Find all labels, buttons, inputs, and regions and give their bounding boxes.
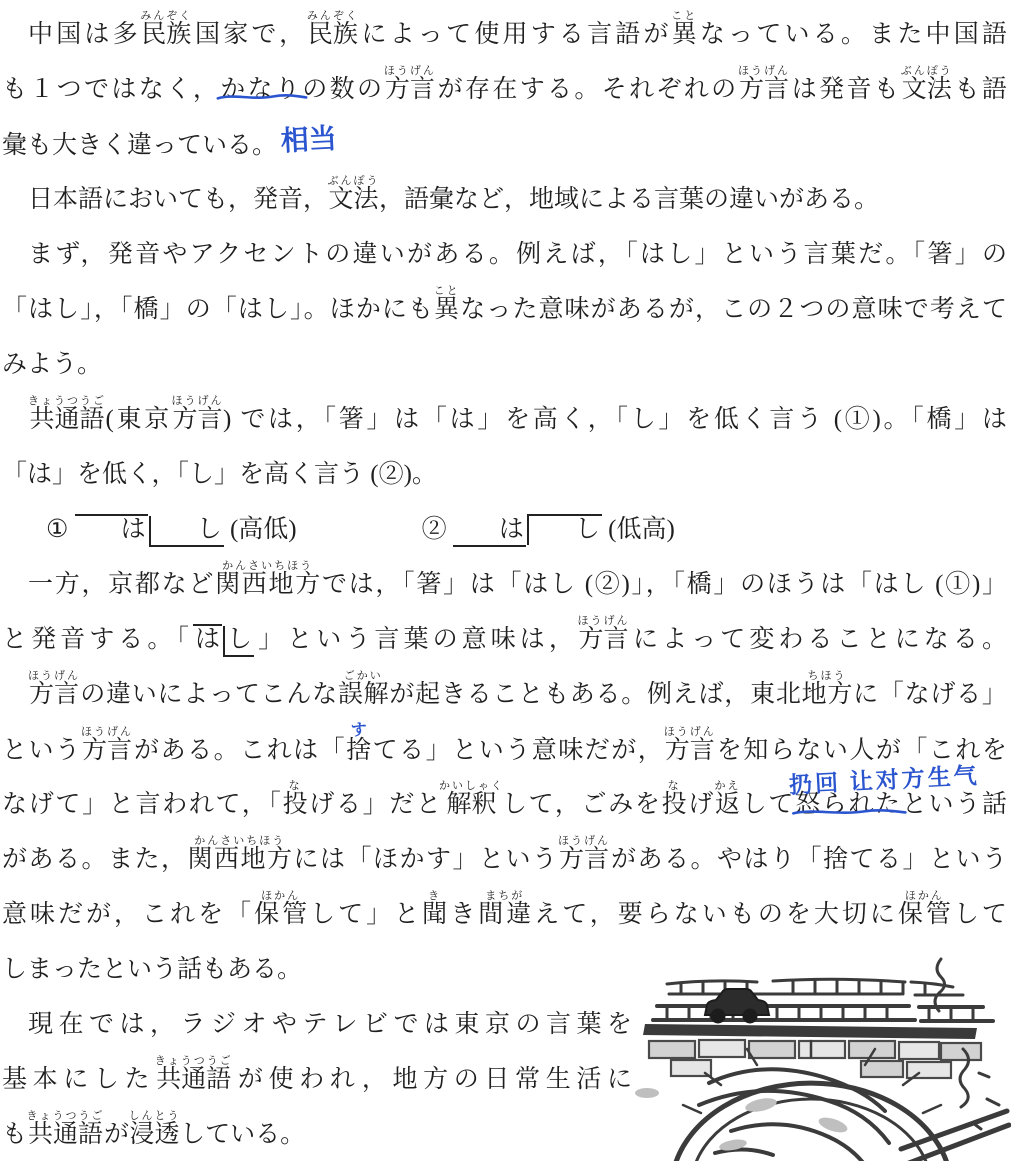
text-run: の違いによってこんな [80, 681, 338, 708]
text-line-16: がある。また，関西地方かんさいちほうには「ほかす」という方言ほうげんがある。やは… [2, 832, 1007, 887]
pitch-char: し [223, 626, 254, 657]
ruby-word: 共通語きょうつうご [27, 1121, 104, 1148]
ruby-word: 間違まちが [478, 901, 534, 928]
furigana: こと [671, 10, 697, 22]
text-run: (高低) ② [224, 516, 453, 543]
text-run: 現在では，ラジオやテレビでは東京の言葉を [28, 1011, 632, 1038]
blue-underlined-text: 怒られた扔回 让对方生气 [795, 791, 902, 818]
furigana: ちほう [802, 670, 853, 682]
text-line-3: 彙も大きく違っている。相当 [2, 117, 1007, 172]
text-run: には「ほかす」という [293, 846, 558, 873]
text-run: 基本にした [2, 1066, 155, 1093]
text-run: 「は」を低く，「し」を高く言う (②)。 [2, 461, 437, 488]
furigana: ぶんぽう [901, 65, 953, 77]
text-run: 国家で， [192, 21, 308, 48]
text-run: まず，発音やアクセントの違いがある。例えば，「はし」という言葉だ。「箸」の [28, 241, 1007, 268]
ruby-word: 誤解ごかい [338, 681, 390, 708]
furigana: きょうつうご [155, 1055, 233, 1067]
blue-underlined-text: かなり [220, 76, 302, 103]
text-line-20: 基本にした共通語きょうつうごが使われ，地方の日常生活に [2, 1052, 632, 1107]
text-line-15: なげて」と言われて，「投なげる」だと解釈かいしゃくして，ごみを投なげ返かえして怒… [2, 777, 1007, 832]
text-line-5: まず，発音やアクセントの違いがある。例えば，「はし」という言葉だ。「箸」の [2, 227, 1007, 282]
text-run: では，「箸」は「はし (②)」，「橋」のほうは「はし (①)」 [322, 571, 1007, 598]
pitch-accent-type-1: はし [193, 626, 254, 653]
text-run: して [954, 901, 1007, 928]
text-run: によって変わることになる。 [629, 626, 1007, 653]
ruby-word: 方言ほうげん [384, 76, 435, 103]
ruby-word: 異こと [672, 21, 697, 48]
ruby-word: 保管ほかん [254, 901, 310, 928]
ruby-word: 方言ほうげん [578, 626, 629, 653]
pitch-char: は [75, 514, 148, 545]
furigana: ほうげん [172, 395, 224, 407]
furigana: な [662, 780, 687, 792]
text-line-10: ① はし (高低) ② はし (低高) [2, 502, 1007, 557]
ruby-word: 方言ほうげん [738, 76, 789, 103]
text-run: 意味だが，これを「 [2, 901, 254, 928]
pitch-char: は [193, 624, 222, 655]
text-line-7: みよう。 [2, 337, 1007, 392]
ruby-word: 方言ほうげん [664, 737, 715, 764]
bridge-illustration [611, 953, 1011, 1161]
ruby-word: 方言ほうげん [558, 846, 609, 873]
furigana: ほうげん [738, 65, 790, 77]
ruby-word: 文法ぶんぽう [901, 76, 952, 103]
ruby-word-handwritten: 捨す [346, 737, 373, 764]
ruby-word: 方言ほうげん [82, 737, 133, 764]
furigana: ほうげん [384, 65, 436, 77]
text-run: によって使用する言語が [358, 21, 671, 48]
text-run: がある。これは「 [133, 737, 347, 764]
furigana: ごかい [338, 670, 389, 682]
ruby-word: 解釈かいしゃく [443, 791, 501, 818]
text-line-19: 現在では，ラジオやテレビでは東京の言葉を [2, 997, 632, 1052]
text-run: と発音する。「 [2, 626, 193, 653]
text-run: 」という言葉の意味は， [254, 626, 578, 653]
text-run: き [450, 901, 478, 928]
pitch-accent-type-2: はし [453, 516, 602, 543]
ruby-word: 民族みんぞく [141, 21, 192, 48]
ruby-word: 方言ほうげん [172, 406, 223, 433]
furigana: ほうげん [577, 615, 629, 627]
text-run: 彙も大きく違っている。 [2, 132, 277, 159]
furigana: ほかん [254, 890, 307, 902]
text-run: が存在する。それぞれの [435, 76, 738, 103]
ruby-word: 地方ちほう [802, 681, 854, 708]
text-run: も [2, 1121, 27, 1148]
text-run: (低高) [602, 516, 675, 543]
furigana: かんさいちほう [187, 835, 292, 847]
text-run: という話 [902, 791, 1007, 818]
bridge-bricks [649, 1040, 981, 1078]
text-line-8: 共通語きょうつうご(東京方言ほうげん) では，「箸」は「は」を高く，「し」を低く… [2, 392, 1007, 447]
hand-underline [791, 806, 908, 817]
text-run: ) では，「箸」は「は」を高く，「し」を低く言う (①)。「橋」は [223, 406, 1007, 433]
text-line-1: 中国は多民族みんぞく国家で，民族みんぞくによって使用する言語が異ことなっている。… [2, 7, 1007, 62]
text-run: を知らない人が「これを [715, 737, 1007, 764]
pitch-accent-type-1: はし [75, 516, 224, 543]
furigana: ほうげん [664, 726, 716, 738]
text-run: して」と [310, 901, 422, 928]
text-run: 一方，京都など [28, 571, 215, 598]
text-line-6: 「はし」，「橋」の「はし」。ほかにも異ことなった意味があるが，この２つの意味で考… [2, 282, 1007, 337]
ruby-word: 方言ほうげん [28, 681, 80, 708]
text-run: が [104, 1121, 129, 1148]
ruby-word: 関西地方かんさいちほう [187, 846, 293, 873]
furigana: き [422, 890, 447, 902]
bridge-deck [643, 1024, 977, 1039]
text-run: も１つではなく， [2, 76, 220, 103]
furigana: こと [434, 285, 460, 297]
text-run: して，ごみを [500, 791, 661, 818]
bridge-sketch [611, 953, 1011, 1161]
text-line-2: も１つではなく，かなりの数の方言ほうげんが存在する。それぞれの方言ほうげんは発音… [2, 62, 1007, 117]
text-run: は発音も [789, 76, 901, 103]
text-line-21: も共通語きょうつうごが浸透しんとうしている。 [2, 1107, 632, 1161]
ruby-word: 文法ぶんぽう [328, 186, 379, 213]
text-run: 日本語においても，発音， [28, 186, 328, 213]
furigana: ぶんぽう [328, 175, 380, 187]
ruby-word: 浸透しんとう [129, 1121, 180, 1148]
text-run: ① [46, 516, 75, 543]
furigana: みんぞく [140, 10, 192, 22]
ruby-word: 保管ほかん [898, 901, 954, 928]
text-line-13: 方言ほうげんの違いによってこんな誤解ごかいが起きることもある。例えば，東北地方ち… [2, 667, 1007, 722]
furigana: しんとう [129, 1110, 181, 1122]
furigana: かえ [715, 780, 741, 792]
text-line-12: と発音する。「はし」という言葉の意味は，方言ほうげんによって変わることになる。 [2, 612, 1007, 667]
text-line-9: 「は」を低く，「し」を高く言う (②)。 [2, 447, 1007, 502]
furigana: ほかん [898, 890, 951, 902]
handwritten-note: 相当 [279, 112, 338, 170]
ruby-word: 共通語きょうつうご [155, 1066, 232, 1093]
text-run: して [740, 791, 795, 818]
text-line-17: 意味だが，これを「保管ほかんして」と聞きき間違まちがえて，要らないものを大切に保… [2, 887, 1007, 942]
pitch-char: し [527, 514, 602, 545]
text-run: しまったという話もある。 [2, 956, 302, 983]
text-run: に「なげる」 [853, 681, 1007, 708]
text-run: なった意味があるが，この２つの意味で考えて [459, 296, 1007, 323]
text-run: げ [688, 791, 715, 818]
text-run: なっている。また中国語 [697, 21, 1007, 48]
text-run: ，語彙など，地域による言葉の違いがある。 [379, 186, 879, 213]
ruby-word: 関西地方かんさいちほう [215, 571, 322, 598]
text-run: という [2, 737, 82, 764]
bridge-railing [653, 979, 993, 1021]
text-run: てる」という意味だが， [373, 737, 665, 764]
handwritten-furigana: す [346, 722, 371, 739]
text-run: が使われ，地方の日常生活に [232, 1066, 632, 1093]
ruby-word: 異こと [434, 296, 459, 323]
ruby-word: 投な [662, 791, 689, 818]
ruby-word: 聞き [422, 901, 450, 928]
text-run: 「はし」，「橋」の「はし」。ほかにも [2, 296, 434, 323]
furigana: かんさいちほう [215, 560, 320, 572]
text-run: (東京 [106, 406, 173, 433]
text-run: げる」だと [309, 791, 442, 818]
furigana: かいしゃく [439, 780, 504, 792]
furigana: な [283, 780, 308, 792]
furigana: みんぞく [307, 10, 359, 22]
ruby-word: 民族みんぞく [307, 21, 358, 48]
pitch-char: は [453, 516, 526, 547]
ruby-word: 共通語きょうつうご [28, 406, 106, 433]
ruby-word: 投な [283, 791, 310, 818]
text-run: の数の [302, 76, 384, 103]
text-run: えて，要らないものを大切に [534, 901, 898, 928]
text-run: がある。やはり「捨てる」という [609, 846, 1006, 873]
hand-underline [216, 91, 308, 102]
text-run: も語 [952, 76, 1007, 103]
furigana: ほうげん [558, 835, 610, 847]
text-run: みよう。 [2, 351, 102, 378]
text-run: なげて」と言われて，「 [2, 791, 283, 818]
text-run: している。 [180, 1121, 305, 1148]
text-line-4: 日本語においても，発音，文法ぶんぽう，語彙など，地域による言葉の違いがある。 [2, 172, 1007, 227]
furigana: まちが [478, 890, 531, 902]
text-run: が起きることもある。例えば，東北 [389, 681, 801, 708]
furigana: ほうげん [28, 670, 80, 682]
text-run: 中国は多 [28, 21, 141, 48]
text-run: がある。また， [2, 846, 187, 873]
furigana: ほうげん [81, 726, 133, 738]
scanned-textbook-page: 中国は多民族みんぞく国家で，民族みんぞくによって使用する言語が異ことなっている。… [0, 0, 1011, 1161]
ruby-word: 返かえ [715, 791, 740, 818]
pitch-char: し [149, 516, 224, 547]
furigana: きょうつうご [27, 1110, 105, 1122]
furigana: きょうつうご [28, 395, 106, 407]
text-line-11: 一方，京都など関西地方かんさいちほうでは，「箸」は「はし (②)」，「橋」のほう… [2, 557, 1007, 612]
